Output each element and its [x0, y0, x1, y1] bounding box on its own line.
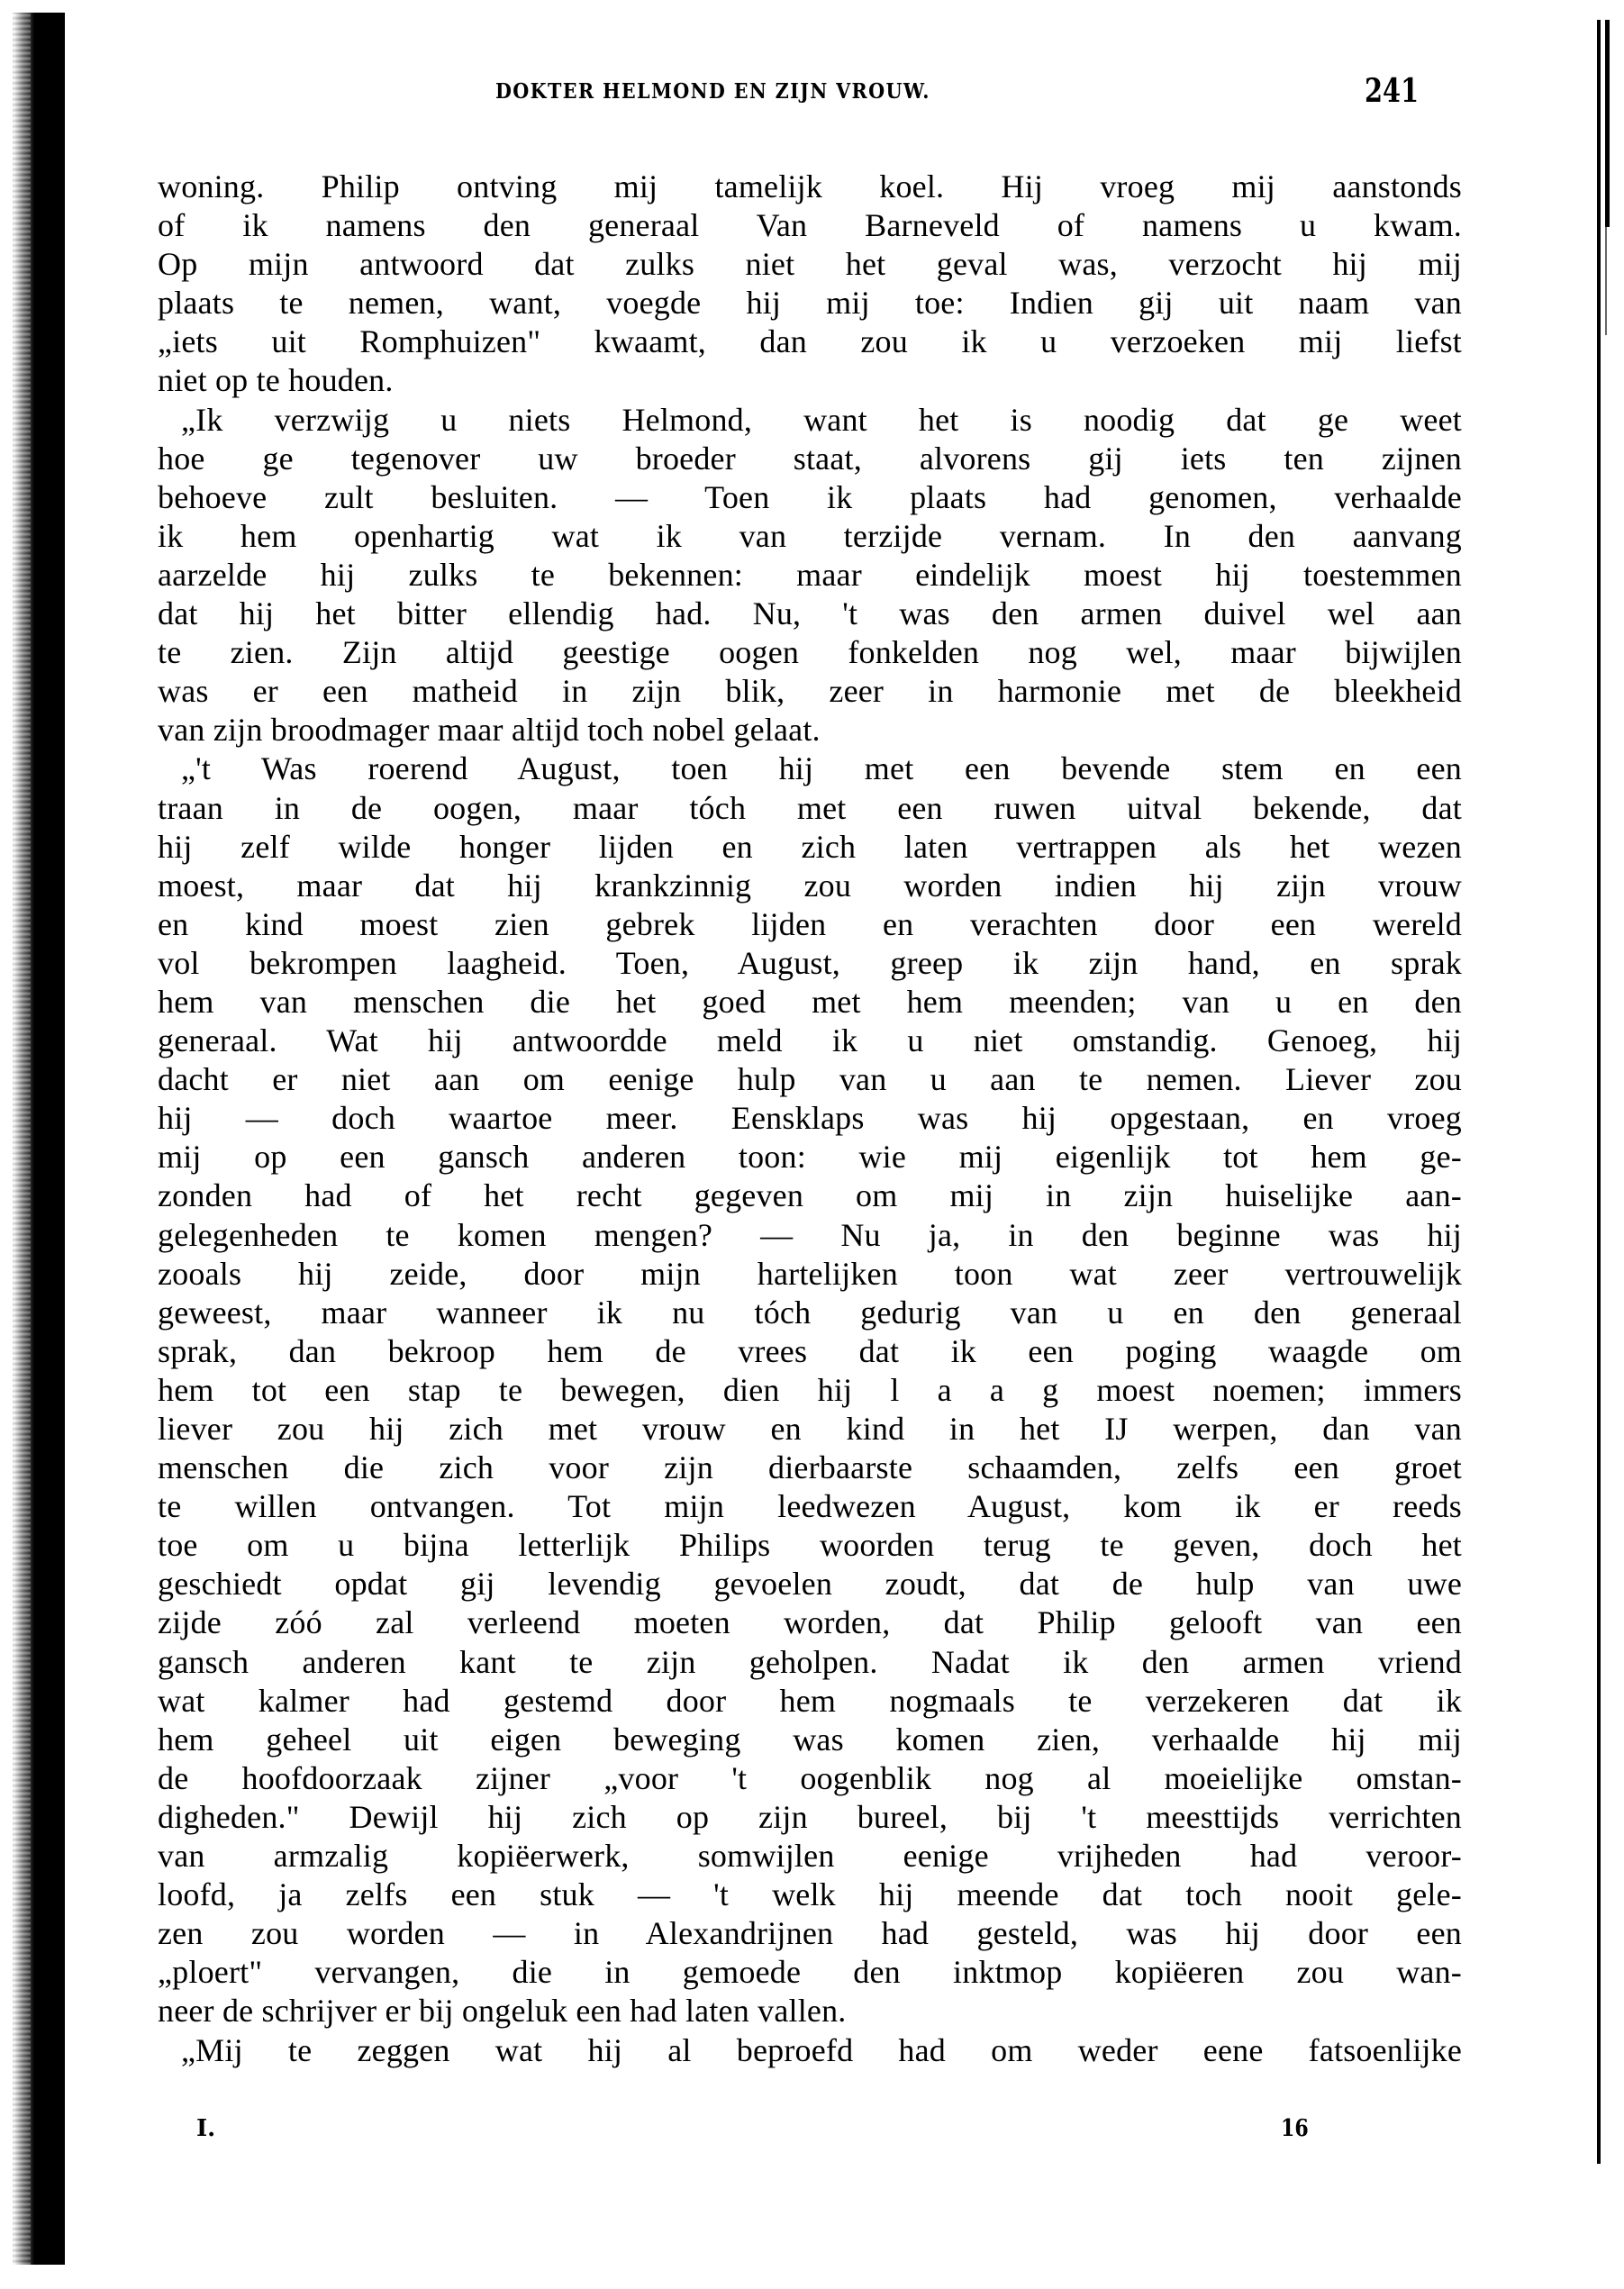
- text-line: zonden had of het recht gegeven om mij i…: [158, 1176, 1462, 1215]
- text-line: dacht er niet aan om eenige hulp van u a…: [158, 1060, 1462, 1099]
- text-line: zijde zóó zal verleend moeten worden, da…: [158, 1603, 1462, 1642]
- text-line: sprak, dan bekroop hem de vrees dat ik e…: [158, 1332, 1462, 1371]
- text-line: „Ik verzwijg u niets Helmond, want het i…: [158, 401, 1462, 440]
- signature-mark: I.: [196, 2115, 215, 2142]
- text-line: en kind moest zien gebrek lijden en vera…: [158, 905, 1462, 944]
- text-line: dat hij het bitter ellendig had. Nu, 't …: [158, 595, 1462, 633]
- running-title: DOKTER HELMOND EN ZIJN VROUW.: [495, 79, 930, 104]
- page-edge-line: [1605, 227, 1607, 335]
- text-line: liever zou hij zich met vrouw en kind in…: [158, 1410, 1462, 1449]
- text-line: hij — doch waartoe meer. Eensklaps was h…: [158, 1099, 1462, 1138]
- text-line: te zien. Zijn altijd geestige oogen fonk…: [158, 633, 1462, 672]
- text-line: moest, maar dat hij krankzinnig zou word…: [158, 867, 1462, 905]
- text-line: zen zou worden — in Alexandrijnen had ge…: [158, 1914, 1462, 1953]
- page-number: 241: [1365, 72, 1419, 110]
- text-line: geschiedt opdat gij levendig gevoelen zo…: [158, 1565, 1462, 1603]
- text-line: te willen ontvangen. Tot mijn leedwezen …: [158, 1487, 1462, 1526]
- text-line: van armzalig kopiëerwerk, somwijlen eeni…: [158, 1837, 1462, 1876]
- text-line: menschen die zich voor zijn dierbaarste …: [158, 1449, 1462, 1487]
- text-line: mij op een gansch anderen toon: wie mij …: [158, 1138, 1462, 1176]
- text-line: „Mij te zeggen wat hij al beproefd had o…: [158, 2031, 1462, 2070]
- text-line: behoeve zult besluiten. — Toen ik plaats…: [158, 478, 1462, 517]
- text-line: wat kalmer had gestemd door hem nogmaals…: [158, 1682, 1462, 1721]
- text-line: was er een matheid in zijn blik, zeer in…: [158, 672, 1462, 711]
- text-line: ik hem openhartig wat ik van terzijde ve…: [158, 517, 1462, 556]
- text-line: zooals hij zeide, door mijn hartelijken …: [158, 1255, 1462, 1294]
- text-line: hem tot een stap te bewegen, dien hij l …: [158, 1371, 1462, 1410]
- text-line: „iets uit Romphuizen" kwaamt, dan zou ik…: [158, 322, 1462, 361]
- text-line: gelegenheden te komen mengen? — Nu ja, i…: [158, 1216, 1462, 1255]
- text-line: de hoofdoorzaak zijner „voor 't oogenbli…: [158, 1759, 1462, 1798]
- text-line: gansch anderen kant te zijn geholpen. Na…: [158, 1643, 1462, 1682]
- text-line: hoe ge tegenover uw broeder staat, alvor…: [158, 440, 1462, 478]
- text-line: hem van menschen die het goed met hem me…: [158, 983, 1462, 1022]
- text-line: van zijn broodmager maar altijd toch nob…: [158, 711, 1462, 749]
- text-line: „'t Was roerend August, toen hij met een…: [158, 749, 1462, 788]
- sheet-number: 16: [1281, 2115, 1309, 2142]
- text-line: hij zelf wilde honger lijden en zich lat…: [158, 828, 1462, 867]
- body-text: woning. Philip ontving mij tamelijk koel…: [158, 168, 1462, 2070]
- text-line: hem geheel uit eigen beweging was komen …: [158, 1721, 1462, 1759]
- text-line: geweest, maar wanneer ik nu tóch gedurig…: [158, 1294, 1462, 1332]
- text-line: woning. Philip ontving mij tamelijk koel…: [158, 168, 1462, 206]
- text-line: aarzelde hij zulks te bekennen: maar ein…: [158, 556, 1462, 595]
- text-line: plaats te nemen, want, voegde hij mij to…: [158, 284, 1462, 322]
- running-head: DOKTER HELMOND EN ZIJN VROUW. 241: [158, 79, 1464, 115]
- text-line: Op mijn antwoord dat zulks niet het geva…: [158, 245, 1462, 284]
- text-line: neer de schrijver er bij ongeluk een had…: [158, 1992, 1462, 2030]
- text-line: toe om u bijna letterlijk Philips woorde…: [158, 1526, 1462, 1565]
- text-line: niet op te houden.: [158, 361, 1462, 400]
- book-binding-texture: [13, 13, 31, 2265]
- page-edge-line: [1605, 20, 1610, 227]
- page-edge-line: [1597, 20, 1601, 2164]
- text-line: loofd, ja zelfs een stuk — 't welk hij m…: [158, 1876, 1462, 1914]
- text-line: traan in de oogen, maar tóch met een ruw…: [158, 789, 1462, 828]
- text-line: „ploert" vervangen, die in gemoede den i…: [158, 1953, 1462, 1992]
- text-line: of ik namens den generaal Van Barneveld …: [158, 206, 1462, 245]
- text-line: generaal. Wat hij antwoordde meld ik u n…: [158, 1022, 1462, 1060]
- text-line: vol bekrompen laagheid. Toen, August, gr…: [158, 944, 1462, 983]
- text-line: digheden." Dewijl hij zich op zijn buree…: [158, 1798, 1462, 1837]
